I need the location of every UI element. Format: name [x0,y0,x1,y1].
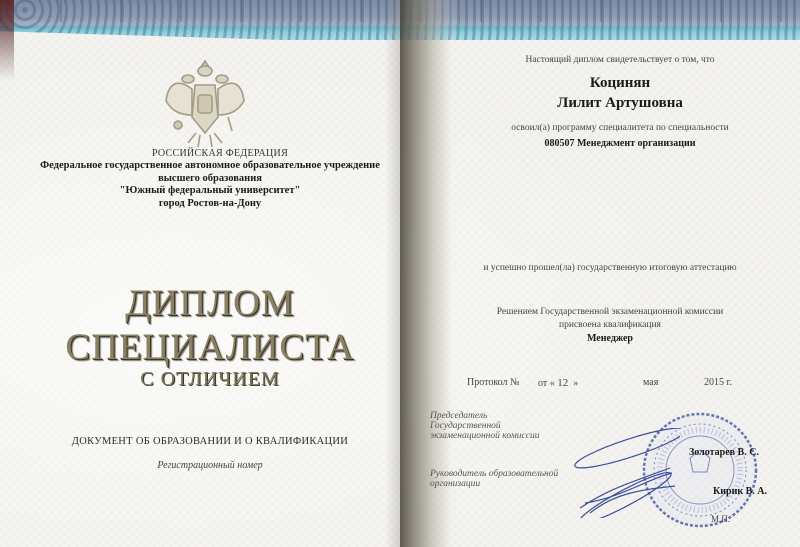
specialty: 080507 Менеджмент организации [460,138,780,149]
protocol-month: мая [643,377,658,388]
commission-decision-text: Решением Государственной экзаменационной… [450,307,770,317]
certifies-text: Настоящий диплом свидетельствует о том, … [460,55,780,65]
seal-place-label: М.П. [711,514,730,524]
qualification-awarded-text: присвоена квалификация [450,320,770,330]
diploma-degree-title: СПЕЦИАЛИСТА [15,326,405,369]
program-text: освоил(а) программу специалитета по спец… [460,123,780,133]
graduate-first-name: Лилит Артушовна [460,95,780,112]
institution-line: Федеральное государственное автономное о… [10,160,410,173]
protocol-year: 2015 г. [704,377,732,388]
country-name: РОССИЙСКАЯ ФЕДЕРАЦИЯ [150,148,290,159]
chairman-role: Председатель Государственной экзаменацио… [430,411,570,441]
fold-shadow-left [385,0,400,547]
role-line: Государственной [430,421,570,431]
document-type: ДОКУМЕНТ ОБ ОБРАЗОВАНИИ И О КВАЛИФИКАЦИИ [30,436,390,447]
head-name: Кирик В. А. [713,486,767,497]
date-day: 12 [557,377,568,389]
institution-line: высшего образования [10,173,410,186]
registration-number-label: Регистрационный номер [110,460,310,471]
center-fold [400,0,460,547]
russian-coat-of-arms-icon [162,55,248,150]
diploma-page: РОССИЙСКАЯ ФЕДЕРАЦИЯ Федеральное государ… [0,0,800,547]
institution-name: Федеральное государственное автономное о… [10,160,410,210]
role-line: экзаменационной комиссии [430,431,570,441]
attestation-text: и успешно прошел(ла) государственную ито… [440,263,780,273]
date-prefix: от « [538,378,555,389]
role-line: Председатель [430,411,570,421]
chairman-name: Золотарев В. С. [689,447,759,458]
graduate-last-name: Коцинян [460,75,780,92]
institution-line: город Ростов-на-Дону [10,198,410,211]
signature-icon [560,428,680,518]
honors-title: С ОТЛИЧИЕМ [110,368,310,391]
protocol-day: от « 12 » [538,377,578,389]
institution-line: "Южный федеральный университет" [10,185,410,198]
date-suffix: » [573,378,578,389]
qualification: Менеджер [450,333,770,344]
protocol-label: Протокол № [467,377,520,388]
scan-edge-shadow [0,0,14,80]
diploma-title: ДИПЛОМ [70,282,350,325]
